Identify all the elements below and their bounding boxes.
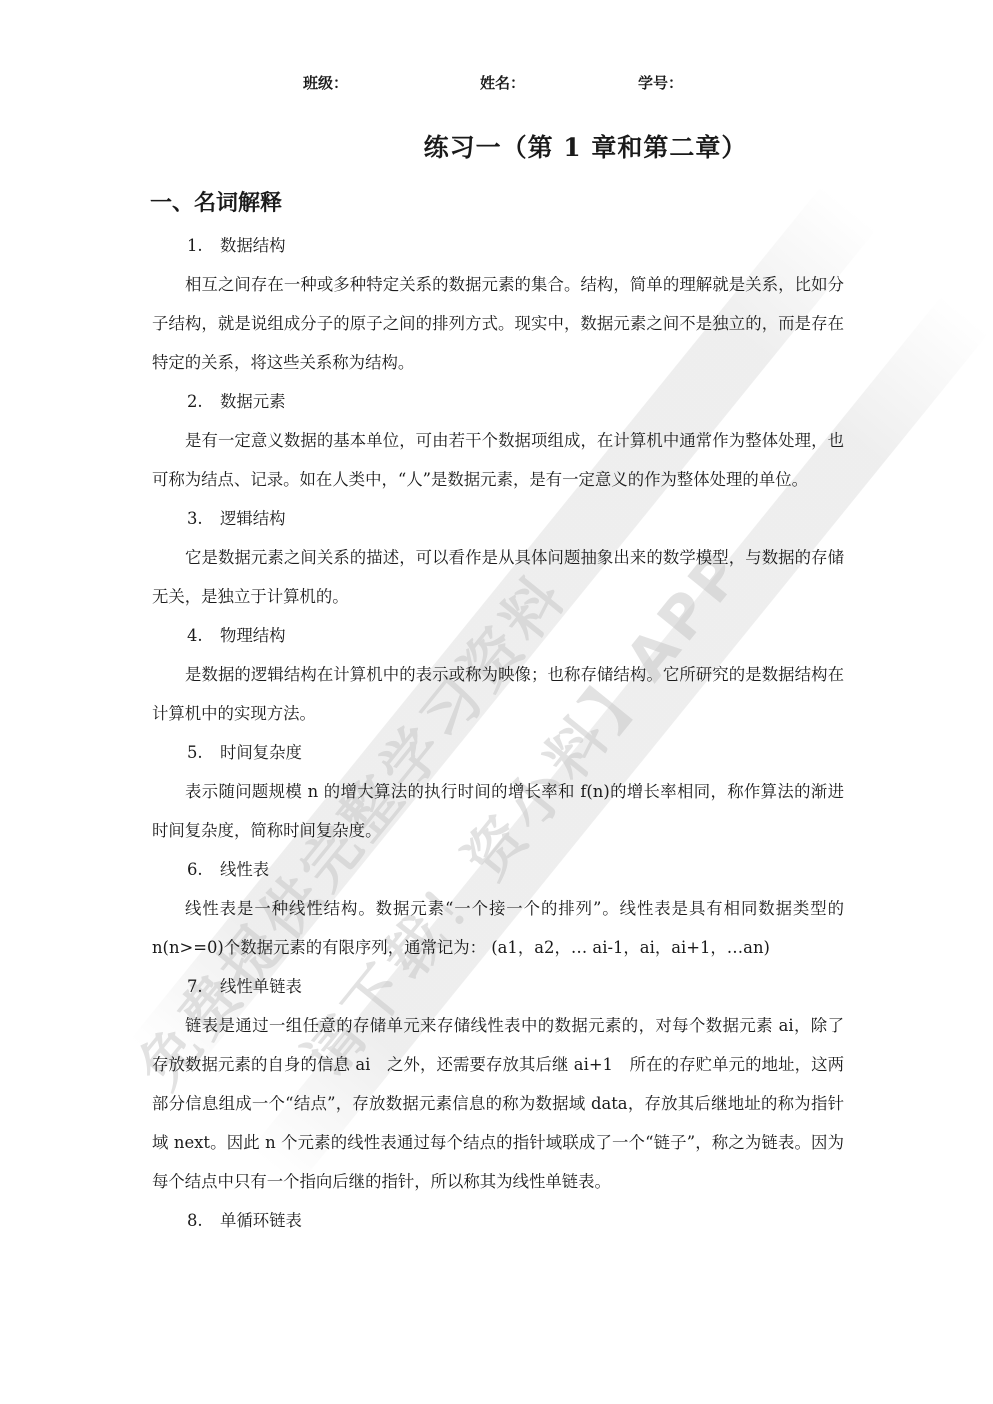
term-definition: 线性表是一种线性结构。数据元素“一个接一个的排列”。线性表是具有相同数据类型的 … (152, 889, 844, 967)
term-heading: 3.逻辑结构 (152, 499, 844, 538)
term-definition: 相互之间存在一种或多种特定关系的数据元素的集合。结构，简单的理解就是关系，比如分… (152, 265, 844, 382)
term-heading: 4.物理结构 (152, 616, 844, 655)
page-title: 练习一（第 1 章和第二章） (0, 128, 993, 164)
term-number: 1. (187, 226, 220, 265)
term-definition: 表示随问题规模 n 的增大算法的执行时间的增长率和 f(n)的增长率相同，称作算… (152, 772, 844, 850)
term-label: 单循环链表 (220, 1211, 302, 1230)
term-number: 4. (187, 616, 220, 655)
definitions-list: 1.数据结构 相互之间存在一种或多种特定关系的数据元素的集合。结构，简单的理解就… (152, 226, 844, 1240)
term-heading: 5.时间复杂度 (152, 733, 844, 772)
term-label: 线性单链表 (220, 977, 302, 996)
term-definition: 是数据的逻辑结构在计算机中的表示或称为映像；也称存储结构。它所研究的是数据结构在… (152, 655, 844, 733)
term-definition: 它是数据元素之间关系的描述，可以看作是从具体问题抽象出来的数学模型，与数据的存储… (152, 538, 844, 616)
term-heading: 7.线性单链表 (152, 967, 844, 1006)
term-number: 5. (187, 733, 220, 772)
section-heading: 一、名词解释 (150, 186, 282, 217)
term-heading: 8.单循环链表 (152, 1201, 844, 1240)
term-label: 数据元素 (220, 392, 286, 411)
term-heading: 6.线性表 (152, 850, 844, 889)
term-number: 2. (187, 382, 220, 421)
term-label: 逻辑结构 (220, 509, 286, 528)
term-number: 8. (187, 1201, 220, 1240)
term-number: 3. (187, 499, 220, 538)
term-heading: 1.数据结构 (152, 226, 844, 265)
term-label: 物理结构 (220, 626, 286, 645)
term-number: 7. (187, 967, 220, 1006)
name-label: 姓名： (480, 72, 525, 93)
term-label: 数据结构 (220, 236, 286, 255)
term-number: 6. (187, 850, 220, 889)
student-id-label: 学号： (638, 72, 683, 93)
page-title-text: 练习一（第 1 章和第二章） (424, 133, 748, 162)
term-definition: 是有一定意义数据的基本单位，可由若干个数据项组成，在计算机中通常作为整体处理，也… (152, 421, 844, 499)
term-heading: 2.数据元素 (152, 382, 844, 421)
student-info-header: 班级： 姓名： 学号： (0, 72, 993, 96)
term-label: 时间复杂度 (220, 743, 302, 762)
term-label: 线性表 (220, 860, 269, 879)
class-label: 班级： (303, 72, 348, 93)
term-definition: 链表是通过一组任意的存储单元来存储线性表中的数据元素的，对每个数据元素 ai，除… (152, 1006, 844, 1201)
